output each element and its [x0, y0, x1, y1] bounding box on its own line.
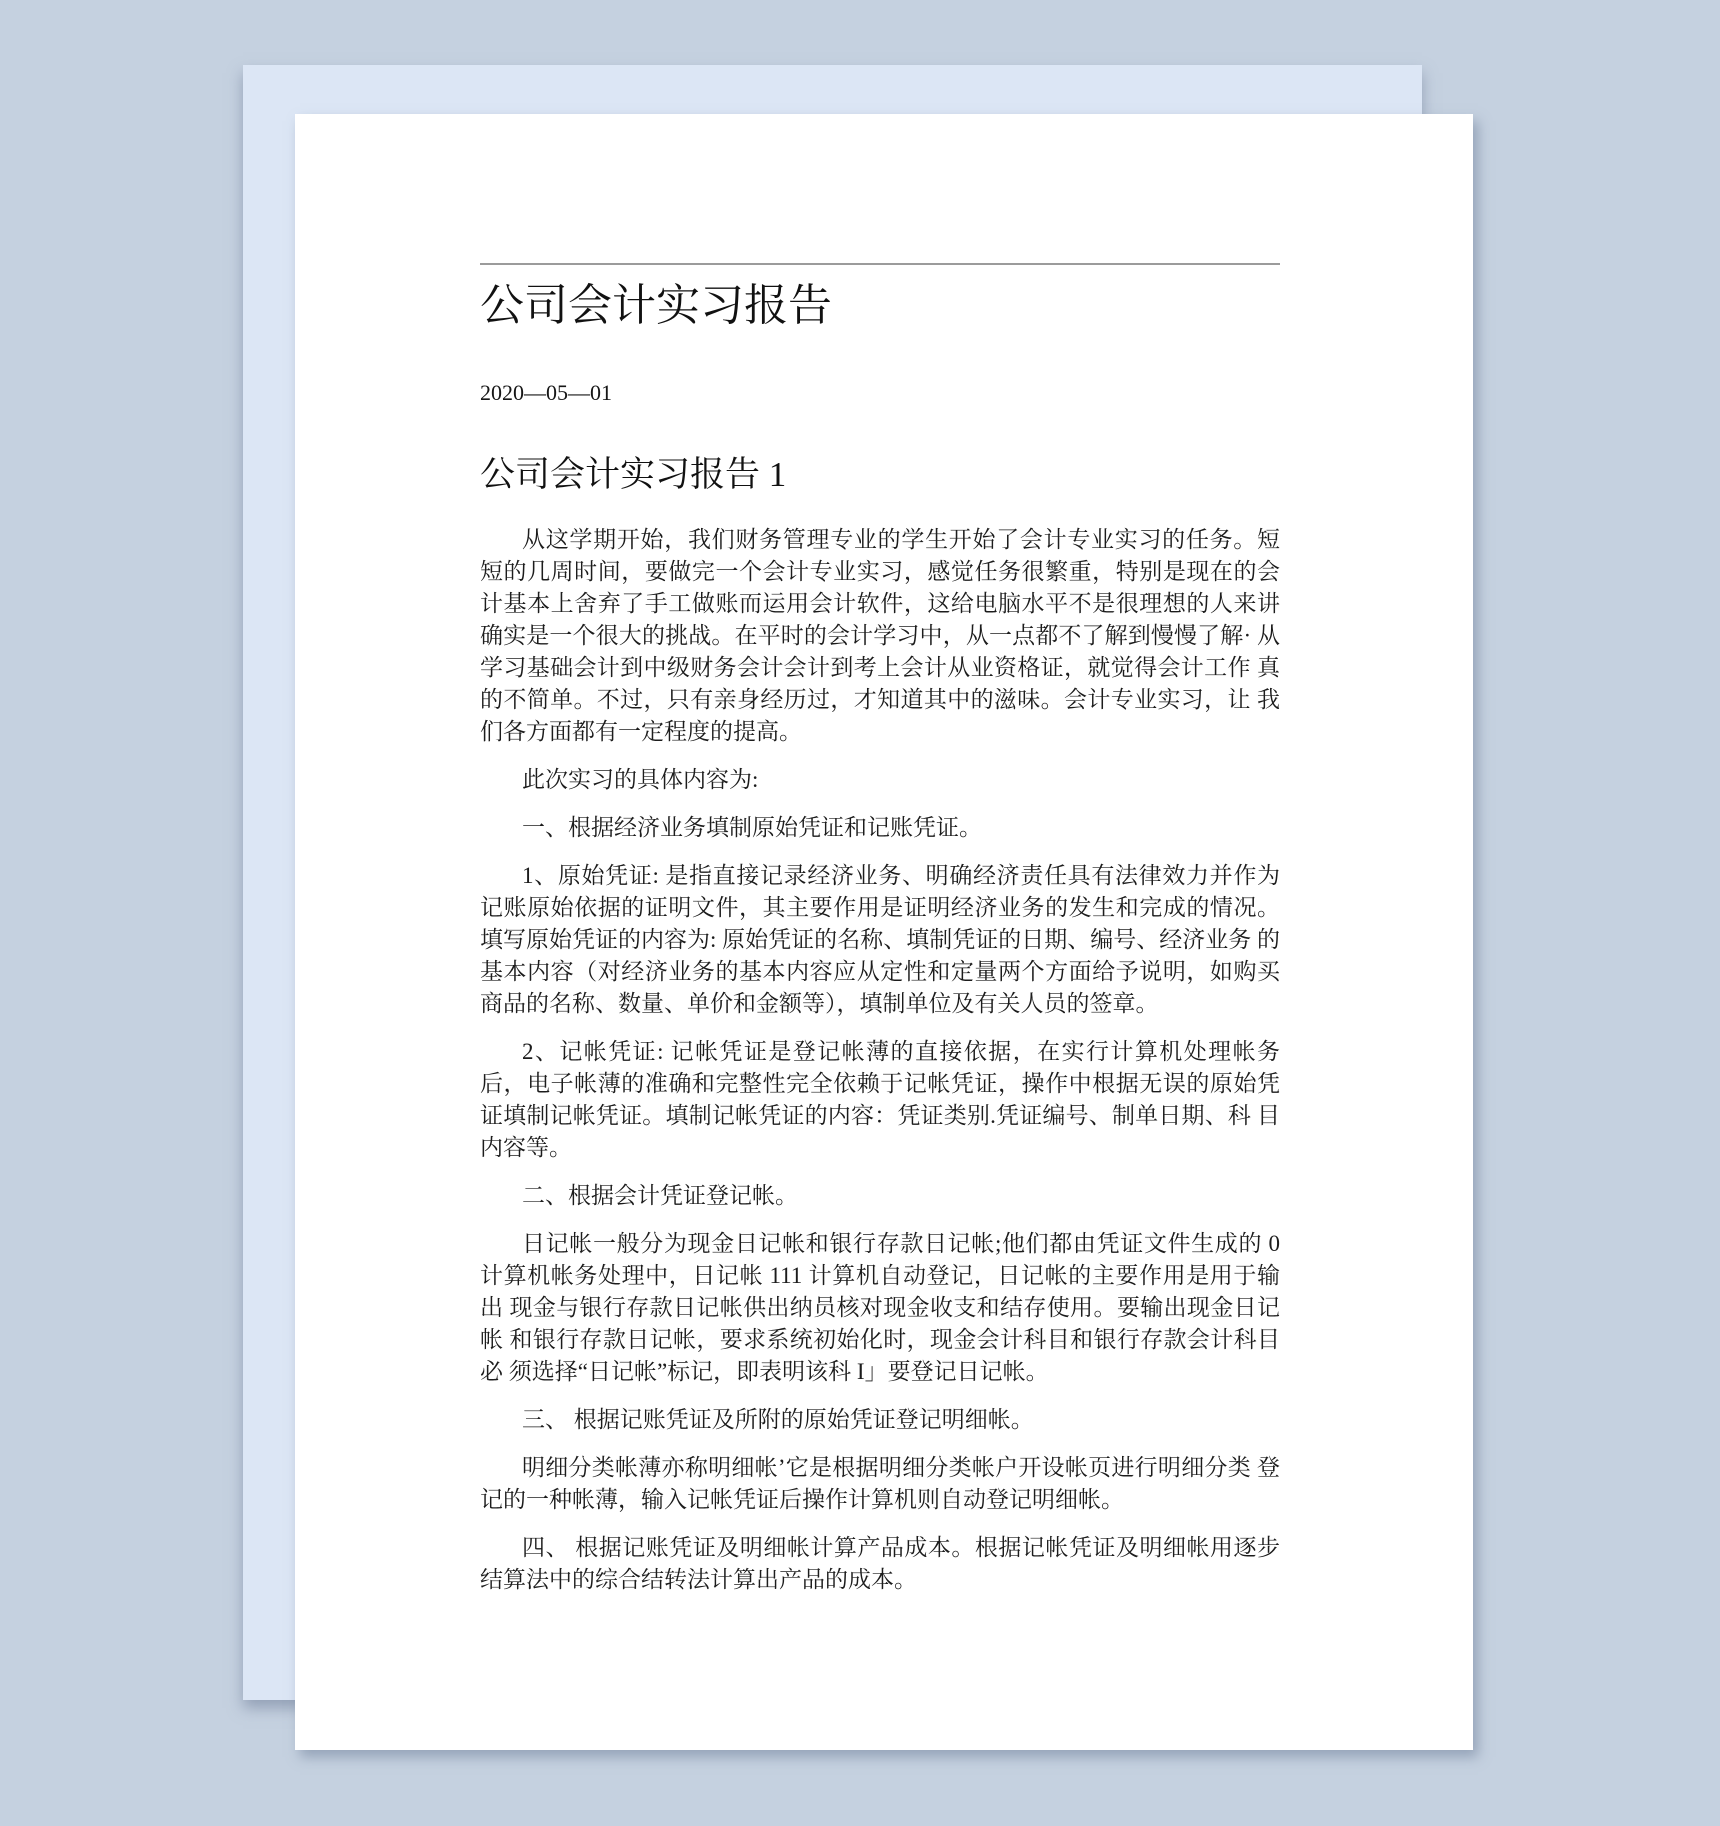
paragraph: 二、根据会计凭证登记帐。: [480, 1180, 1280, 1212]
paragraph: 日记帐一般分为现金日记帐和银行存款日记帐;他们都由凭证文件生成的 0 计算机帐务…: [480, 1228, 1280, 1388]
document-page: 公司会计实习报告 2020—05—01 公司会计实习报告 1 从这学期开始，我们…: [295, 114, 1473, 1750]
paragraph: 1、原始凭证: 是指直接记录经济业务、明确经济责任具有法律效力并作为 记账原始依…: [480, 860, 1280, 1020]
paragraph: 一、根据经济业务填制原始凭证和记账凭证。: [480, 812, 1280, 844]
paragraph: 此次实习的具体内容为:: [480, 764, 1280, 796]
section-heading: 公司会计实习报告 1: [480, 452, 1280, 498]
paragraph: 从这学期开始，我们财务管理专业的学生开始了会计专业实习的任务。短 短的几周时间，…: [480, 524, 1280, 748]
paragraph: 三、 根据记账凭证及所附的原始凭证登记明细帐。: [480, 1404, 1280, 1436]
document-title: 公司会计实习报告: [480, 277, 1280, 334]
title-divider-rule: [480, 263, 1280, 265]
paragraph: 2、记帐凭证: 记帐凭证是登记帐薄的直接依据，在实行计算机处理帐务 后，电子帐薄…: [480, 1036, 1280, 1164]
document-date: 2020—05—01: [480, 380, 1280, 406]
paragraph: 四、 根据记账凭证及明细帐计算产品成本。根据记帐凭证及明细帐用逐步 结算法中的综…: [480, 1532, 1280, 1596]
paragraph: 明细分类帐薄亦称明细帐’它是根据明细分类帐户开设帐页进行明细分类 登记的一种帐薄…: [480, 1452, 1280, 1516]
document-body: 从这学期开始，我们财务管理专业的学生开始了会计专业实习的任务。短 短的几周时间，…: [480, 524, 1280, 1596]
